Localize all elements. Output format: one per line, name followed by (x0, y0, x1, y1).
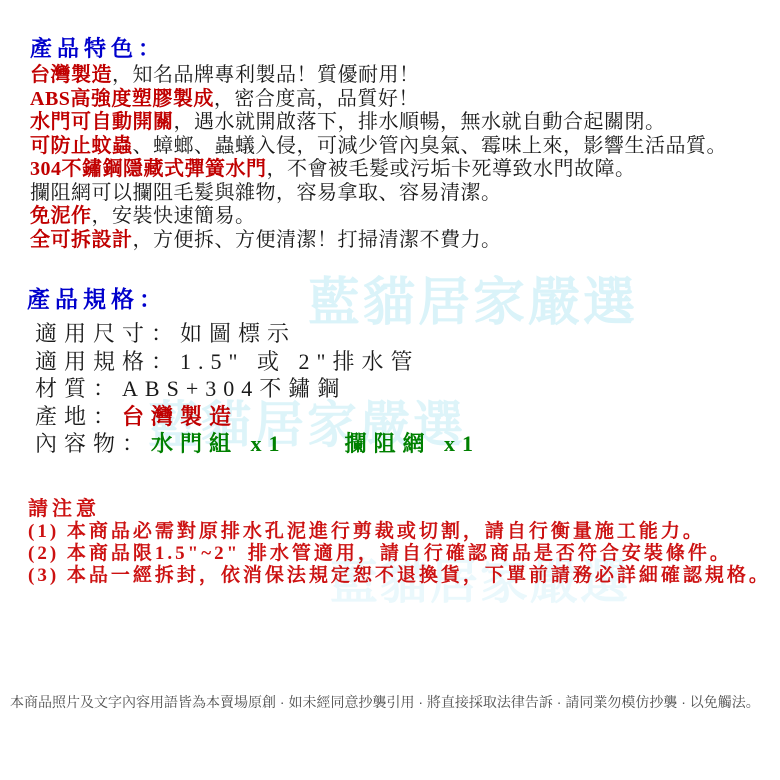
spec-label: 內容物： (35, 431, 151, 456)
feature-line: 台灣製造，知名品牌專利製品！質優耐用！ (30, 64, 727, 88)
feature-line: 可防止蚊蟲、蟑螂、蟲蟻入侵，可減少管內臭氣、霉味上來，影響生活品質。 (30, 135, 727, 159)
spec-label: 產地： (35, 404, 122, 429)
feature-line: ABS高強度塑膠製成，密合度高，品質好！ (30, 88, 727, 112)
spec-value: 如圖標示 (180, 321, 296, 346)
feature-highlight: 水門可自動開關 (30, 111, 174, 133)
feature-line: 攔阻網可以攔阻毛髮與雜物，容易拿取、容易清潔。 (30, 182, 727, 206)
spec-row: 產地：台灣製造 (27, 403, 480, 431)
features-list: 台灣製造，知名品牌專利製品！質優耐用！ABS高強度塑膠製成，密合度高，品質好！水… (30, 64, 727, 252)
feature-text: ，方便拆、方便清潔！打掃清潔不費力。 (133, 229, 502, 251)
feature-highlight: 台灣製造 (30, 64, 112, 86)
product-description-page: 藍貓居家嚴選 藍貓居家嚴選 藍貓居家嚴選 產品特色： 台灣製造，知名品牌專利製品… (0, 0, 780, 780)
spec-row: 適用規格：1.5" 或 2"排水管 (27, 348, 480, 376)
specs-heading: 產品規格： (27, 286, 480, 314)
feature-line: 免泥作，安裝快速簡易。 (30, 205, 727, 229)
feature-line: 304不鏽鋼隱藏式彈簧水門，不會被毛髮或污垢卡死導致水門故障。 (30, 158, 727, 182)
feature-highlight: 全可拆設計 (30, 229, 133, 251)
feature-text: ，知名品牌專利製品！質優耐用！ (112, 64, 420, 86)
feature-text: ，遇水就開啟落下，排水順暢，無水就自動合起關閉。 (174, 111, 666, 133)
spec-label: 適用尺寸： (35, 321, 180, 346)
spec-row: 材質：ABS+304不鏽鋼 (27, 375, 480, 403)
feature-text: ，不會被毛髮或污垢卡死導致水門故障。 (267, 158, 636, 180)
feature-line: 水門可自動開關，遇水就開啟落下，排水順暢，無水就自動合起關閉。 (30, 111, 727, 135)
features-section: 產品特色： 台灣製造，知名品牌專利製品！質優耐用！ABS高強度塑膠製成，密合度高… (30, 36, 727, 252)
feature-text: ，密合度高，品質好！ (214, 88, 419, 110)
spec-row: 適用尺寸：如圖標示 (27, 320, 480, 348)
feature-text: 攔阻網可以攔阻毛髮與雜物，容易拿取、容易清潔。 (30, 182, 502, 204)
note-line: (3) 本品一經拆封，依消保法規定恕不退換貨，下單前請務必詳細確認規格。 (28, 565, 771, 587)
feature-highlight: 304不鏽鋼隱藏式彈簧水門 (30, 158, 267, 180)
features-heading: 產品特色： (30, 36, 727, 62)
feature-text: ，安裝快速簡易。 (92, 205, 256, 227)
spec-label: 材質： (35, 376, 122, 401)
spec-value: 水門組 x1 攔阻網 x1 (151, 431, 480, 456)
notes-section: 請注意 (1) 本商品必需對原排水孔泥進行剪裁或切割，請自行衡量施工能力。(2)… (28, 497, 771, 587)
spec-label: 適用規格： (35, 349, 180, 374)
spec-value: 1.5" 或 2"排水管 (180, 349, 419, 374)
notes-heading: 請注意 (28, 497, 771, 521)
feature-highlight: 可防止蚊蟲 (30, 135, 133, 157)
specs-section: 產品規格： 適用尺寸：如圖標示適用規格：1.5" 或 2"排水管材質：ABS+3… (27, 286, 480, 458)
footer-copyright-text: 本商品照片及文字內容用語皆為本賣場原創 · 如未經同意抄襲引用 · 將直接採取法… (10, 693, 760, 711)
spec-value: ABS+304不鏽鋼 (122, 376, 346, 401)
feature-line: 全可拆設計，方便拆、方便清潔！打掃清潔不費力。 (30, 229, 727, 253)
feature-text: 、蟑螂、蟲蟻入侵，可減少管內臭氣、霉味上來，影響生活品質。 (133, 135, 728, 157)
note-line: (1) 本商品必需對原排水孔泥進行剪裁或切割，請自行衡量施工能力。 (28, 521, 771, 543)
specs-list: 適用尺寸：如圖標示適用規格：1.5" 或 2"排水管材質：ABS+304不鏽鋼產… (27, 320, 480, 458)
feature-highlight: ABS高強度塑膠製成 (30, 88, 214, 110)
notes-list: (1) 本商品必需對原排水孔泥進行剪裁或切割，請自行衡量施工能力。(2) 本商品… (28, 521, 771, 587)
note-line: (2) 本商品限1.5"~2" 排水管適用，請自行確認商品是否符合安裝條件。 (28, 543, 771, 565)
feature-highlight: 免泥作 (30, 205, 92, 227)
spec-value: 台灣製造 (122, 404, 238, 429)
spec-row: 內容物：水門組 x1 攔阻網 x1 (27, 430, 480, 458)
